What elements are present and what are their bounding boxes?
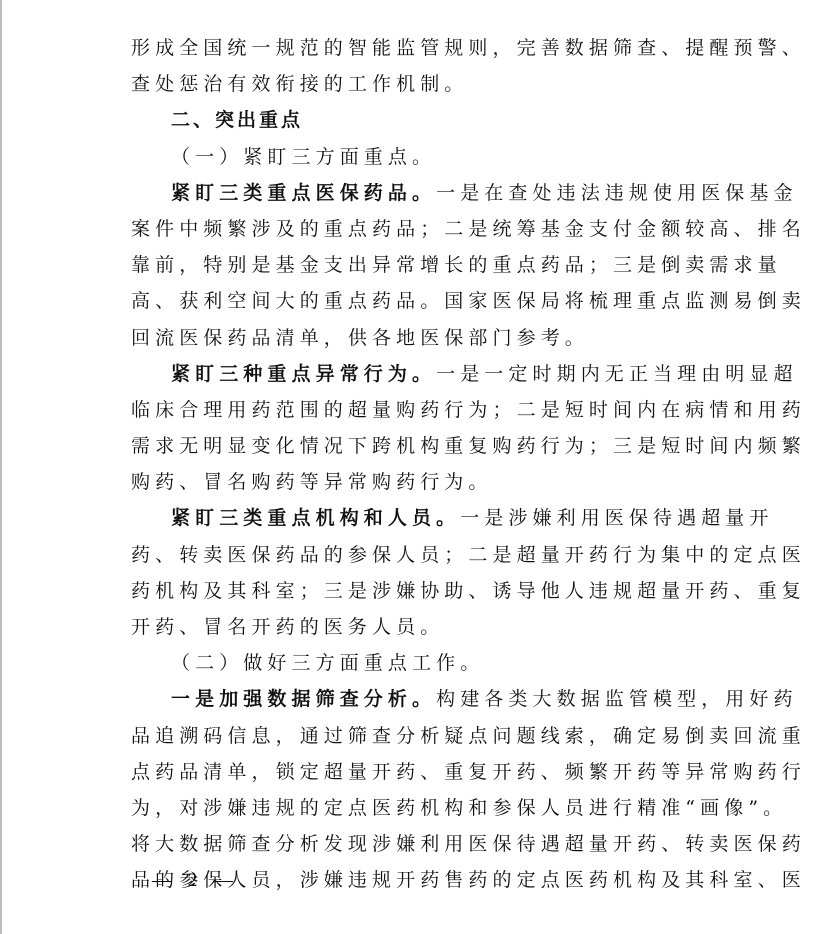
body-line: 将大数据筛查分析发现涉嫌利用医保待遇超量开药、转卖医保药 xyxy=(131,826,693,862)
body-line: 案件中频繁涉及的重点药品；二是统筹基金支付金额较高、排名 xyxy=(131,211,693,247)
paragraph-start: 紧盯三类重点机构和人员。一是涉嫌利用医保待遇超量开 xyxy=(131,500,693,536)
paragraph-text: 一是涉嫌利用医保待遇超量开 xyxy=(460,507,773,529)
subsection-heading: （二）做好三方面重点工作。 xyxy=(131,645,693,681)
body-line: 查处惩治有效衔接的工作机制。 xyxy=(131,66,693,102)
document-page: 形成全国统一规范的智能监管规则，完善数据筛查、提醒预警、 查处惩治有效衔接的工作… xyxy=(131,30,693,899)
body-line: 开药、冒名开药的医务人员。 xyxy=(131,609,693,645)
page-number: — 2 — xyxy=(152,870,239,892)
subsection-heading: （一）紧盯三方面重点。 xyxy=(131,139,693,175)
page-left-border xyxy=(0,0,2,934)
body-line: 回流医保药品清单，供各地医保部门参考。 xyxy=(131,320,693,356)
paragraph-start: 一是加强数据筛查分析。构建各类大数据监管模型，用好药 xyxy=(131,681,693,717)
body-line: 点药品清单，锁定超量开药、重复开药、频繁开药等异常购药行 xyxy=(131,754,693,790)
body-line: 需求无明显变化情况下跨机构重复购药行为；三是短时间内频繁 xyxy=(131,428,693,464)
paragraph-lead: 紧盯三类重点医保药品。 xyxy=(171,182,436,204)
paragraph-start: 紧盯三种重点异常行为。一是一定时期内无正当理由明显超 xyxy=(131,356,693,392)
body-line: 形成全国统一规范的智能监管规则，完善数据筛查、提醒预警、 xyxy=(131,30,693,66)
paragraph-lead: 紧盯三类重点机构和人员。 xyxy=(171,507,460,529)
body-line: 为，对涉嫌违规的定点医药机构和参保人员进行精准“画像”。 xyxy=(131,790,693,826)
body-line: 临床合理用药范围的超量购药行为；二是短时间内在病情和用药 xyxy=(131,392,693,428)
body-line: 靠前，特别是基金支出异常增长的重点药品；三是倒卖需求量 xyxy=(131,247,693,283)
body-line: 品追溯码信息，通过筛查分析疑点问题线索，确定易倒卖回流重 xyxy=(131,718,693,754)
paragraph-lead: 一是加强数据筛查分析。 xyxy=(171,688,436,710)
paragraph-text: 一是在查处违法违规使用医保基金 xyxy=(436,182,798,204)
paragraph-text: 构建各类大数据监管模型，用好药 xyxy=(436,688,798,710)
body-line: 购药、冒名购药等异常购药行为。 xyxy=(131,464,693,500)
body-line: 高、获利空间大的重点药品。国家医保局将梳理重点监测易倒卖 xyxy=(131,283,693,319)
paragraph-lead: 紧盯三种重点异常行为。 xyxy=(171,363,436,385)
section-heading: 二、突出重点 xyxy=(131,102,693,138)
body-line: 药、转卖医保药品的参保人员；二是超量开药行为集中的定点医 xyxy=(131,537,693,573)
paragraph-text: 一是一定时期内无正当理由明显超 xyxy=(436,363,798,385)
paragraph-start: 紧盯三类重点医保药品。一是在查处违法违规使用医保基金 xyxy=(131,175,693,211)
body-line: 药机构及其科室；三是涉嫌协助、诱导他人违规超量开药、重复 xyxy=(131,573,693,609)
